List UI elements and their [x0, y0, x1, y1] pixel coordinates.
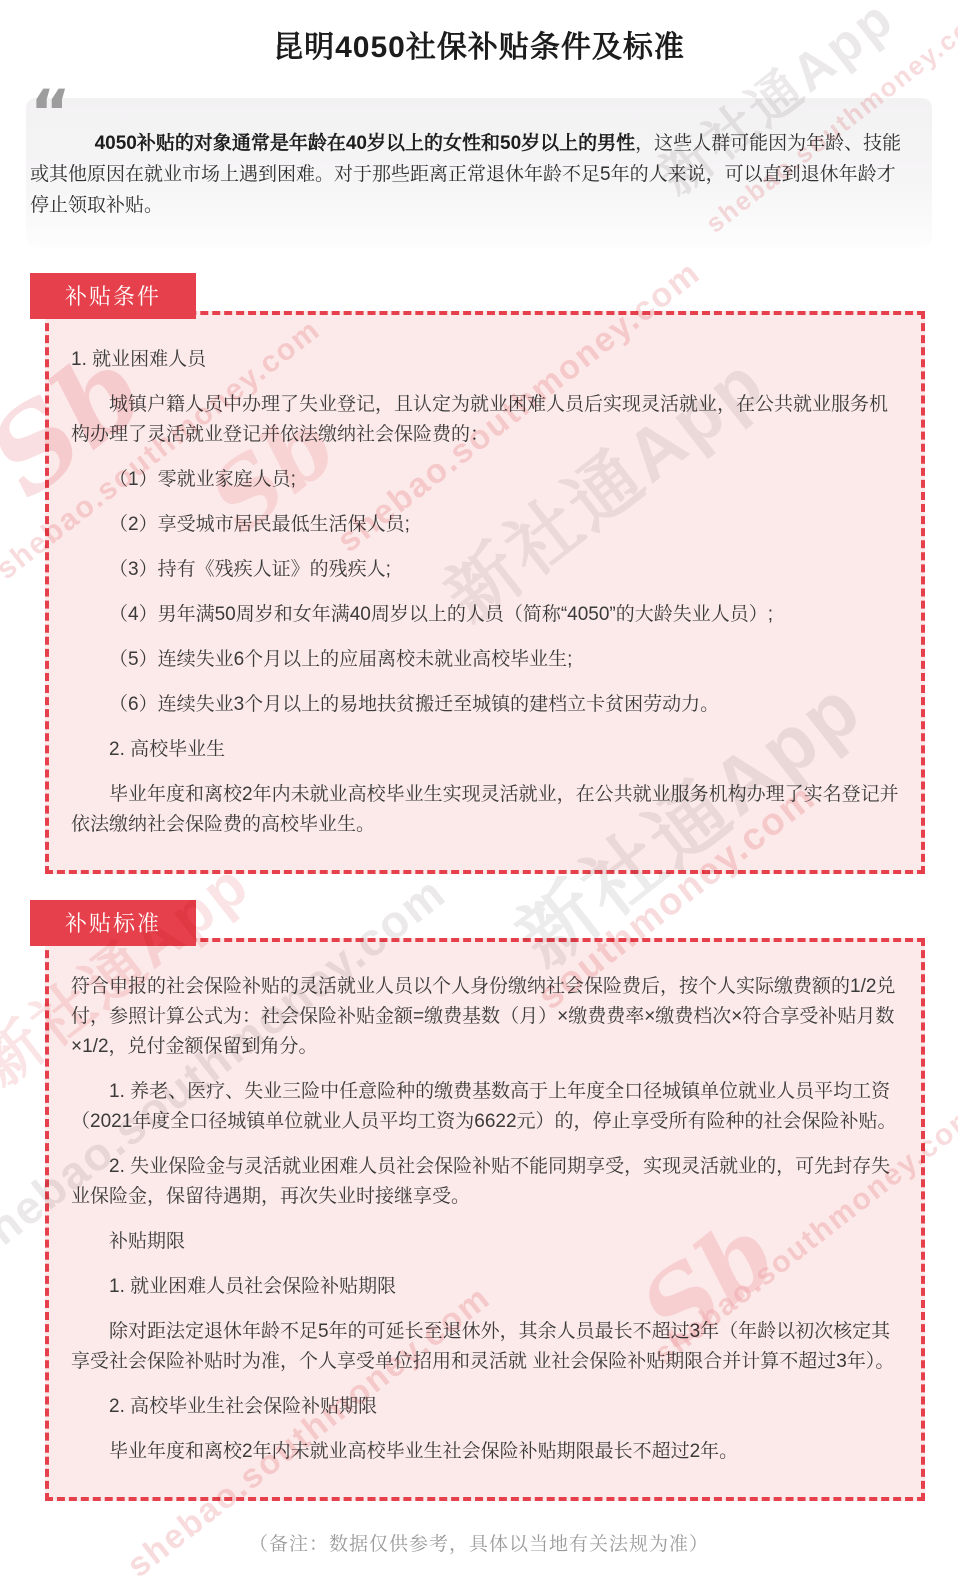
- list-item: （4）男年满50周岁和女年满40周岁以上的人员（简称“4050”的大龄失业人员）…: [71, 600, 899, 630]
- intro-lead-bold: 4050补贴的对象通常是年龄在40岁以上的女性和50岁以上的男性: [95, 133, 636, 154]
- paragraph: 2. 高校毕业生: [71, 735, 899, 765]
- paragraph: 2. 失业保险金与灵活就业困难人员社会保险补贴不能同期享受，实现灵活就业的，可先…: [71, 1152, 899, 1212]
- paragraph: 1. 养老、医疗、失业三险中任意险种的缴费基数高于上年度全口径城镇单位就业人员平…: [71, 1077, 899, 1137]
- list-item: （5）连续失业6个月以上的应届离校未就业高校毕业生;: [71, 645, 899, 675]
- paragraph: 符合申报的社会保险补贴的灵活就业人员以个人身份缴纳社会保险费后，按个人实际缴费额…: [71, 972, 899, 1062]
- section-standards-box: 符合申报的社会保险补贴的灵活就业人员以个人身份缴纳社会保险费后，按个人实际缴费额…: [45, 938, 925, 1501]
- article: 昆明4050社保补贴条件及标准 “ 4050补贴的对象通常是年龄在40岁以上的女…: [0, 0, 958, 1556]
- paragraph: 1. 就业困难人员: [71, 345, 899, 375]
- list-item: （6）连续失业3个月以上的易地扶贫搬迁至城镇的建档立卡贫困劳动力。: [71, 690, 899, 720]
- paragraph: 除对距法定退休年龄不足5年的可延长至退休外，其余人员最长不超过3年（年龄以初次核…: [71, 1317, 899, 1377]
- paragraph: 毕业年度和离校2年内未就业高校毕业生实现灵活就业，在公共就业服务机构办理了实名登…: [71, 780, 899, 840]
- section-conditions: 补贴条件 1. 就业困难人员 城镇户籍人员中办理了失业登记，且认定为就业困难人员…: [0, 273, 958, 874]
- section-conditions-header: 补贴条件: [30, 273, 196, 319]
- paragraph: 补贴期限: [71, 1227, 899, 1257]
- footer-note: （备注：数据仅供参考，具体以当地有关法规为准）: [0, 1529, 958, 1556]
- paragraph: 城镇户籍人员中办理了失业登记，且认定为就业困难人员后实现灵活就业，在公共就业服务…: [71, 390, 899, 450]
- section-conditions-box: 1. 就业困难人员 城镇户籍人员中办理了失业登记，且认定为就业困难人员后实现灵活…: [45, 311, 925, 874]
- paragraph: 1. 就业困难人员社会保险补贴期限: [71, 1272, 899, 1302]
- paragraph: 2. 高校毕业生社会保险补贴期限: [71, 1392, 899, 1422]
- list-item: （2）享受城市居民最低生活保人员;: [71, 510, 899, 540]
- paragraph: 毕业年度和离校2年内未就业高校毕业生社会保险补贴期限最长不超过2年。: [71, 1437, 899, 1467]
- intro-quote-box: “ 4050补贴的对象通常是年龄在40岁以上的女性和50岁以上的男性，这些人群可…: [26, 98, 932, 247]
- quote-icon: “: [30, 82, 71, 144]
- section-standards-header: 补贴标准: [30, 900, 196, 946]
- list-item: （1）零就业家庭人员;: [71, 465, 899, 495]
- intro-paragraph: 4050补贴的对象通常是年龄在40岁以上的女性和50岁以上的男性，这些人群可能因…: [30, 128, 904, 221]
- section-standards: 补贴标准 符合申报的社会保险补贴的灵活就业人员以个人身份缴纳社会保险费后，按个人…: [0, 900, 958, 1501]
- page-title: 昆明4050社保补贴条件及标准: [0, 0, 958, 66]
- list-item: （3）持有《残疾人证》的残疾人;: [71, 555, 899, 585]
